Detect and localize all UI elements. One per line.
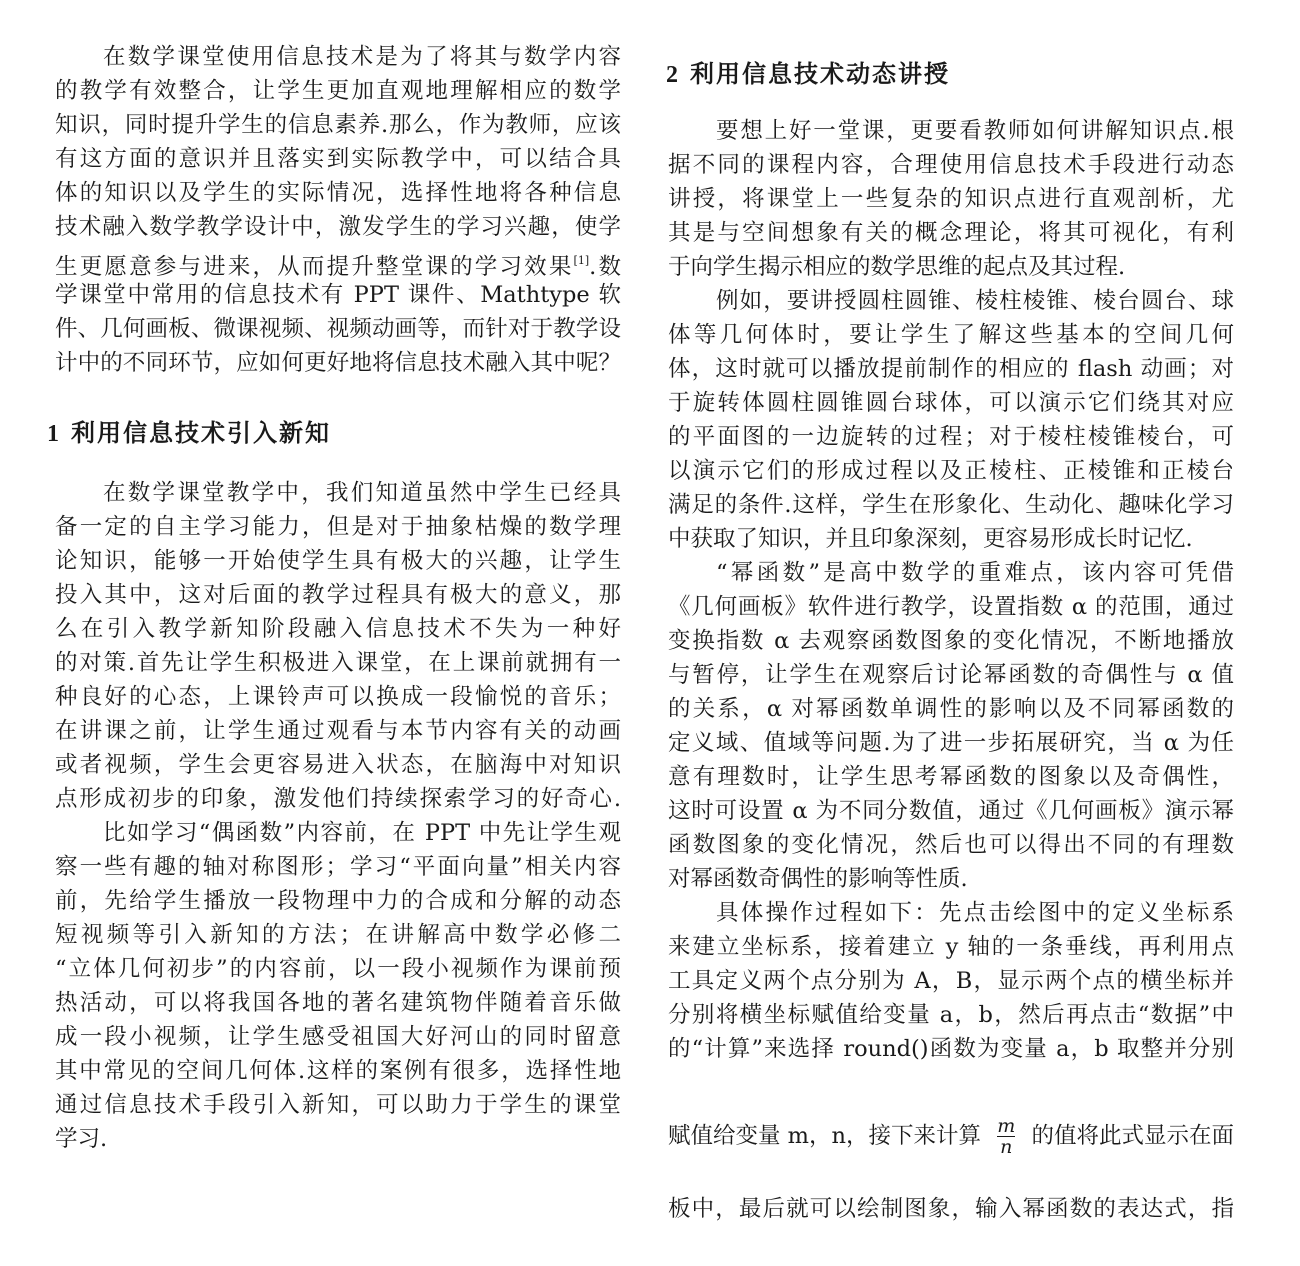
section-1-para-1-line: 种良好的心态，上课铃声可以换成一段愉悦的音乐； [55, 682, 621, 712]
section-1-para-1-line: 备一定的自主学习能力，但是对于抽象枯燥的数学理 [55, 512, 621, 542]
section-1-para-1-line: 的对策.首先让学生积极进入课堂，在上课前就拥有一 [55, 648, 621, 678]
section-1-title: 利用信息技术引入新知 [71, 419, 331, 447]
section-2-para-4-line: 来建立坐标系，接着建立 y 轴的一条垂线，再利用点 [668, 932, 1234, 962]
section-2-para-1-line: 据不同的课程内容，合理使用信息技术手段进行动态 [668, 150, 1234, 180]
intro-line: 有这方面的意识并且落实到实际教学中，可以结合具 [55, 144, 621, 174]
section-2-para-3-line: 这时可设置 α 为不同分数值，通过《几何画板》演示幂 [668, 796, 1234, 826]
intro-line-with-citation: 生更愿意参与进来，从而提升整堂课的学习效果[1].数 [55, 246, 621, 276]
citation-marker[interactable]: [1] [574, 254, 590, 267]
section-1-para-2-line: 学习. [55, 1124, 621, 1154]
section-2-para-2-line: 满足的条件.这样，学生在形象化、生动化、趣味化学习 [668, 490, 1234, 520]
section-1-para-1-line: 论知识，能够一开始使学生具有极大的兴趣，让学生 [55, 546, 621, 576]
intro-line: 技术融入数学教学设计中，激发学生的学习兴趣，使学 [55, 212, 621, 242]
section-2-para-1-line: 讲授，将课堂上一些复杂的知识点进行直观剖析，尤 [668, 184, 1234, 214]
section-2-para-4-line: 具体操作过程如下：先点击绘图中的定义坐标系 [668, 898, 1234, 928]
section-1-para-2-line: 短视频等引入新知的方法；在讲解高中数学必修二 [55, 920, 621, 950]
fraction-line: 赋值给变量 m，n，接下来计算 m n 的值将此式显示在面 [668, 1114, 1234, 1158]
intro-line: 体的知识以及学生的实际情况，选择性地将各种信息 [55, 178, 621, 208]
section-2-para-4-line: 的“计算”来选择 round()函数为变量 a，b 取整并分别 [668, 1034, 1234, 1064]
section-2-para-3-line: 对幂函数奇偶性的影响等性质. [668, 864, 1234, 894]
section-2-para-2-line: 例如，要讲授圆柱圆锥、棱柱棱锥、棱台圆台、球 [668, 286, 1234, 316]
section-2-para-2-line: 中获取了知识，并且印象深刻，更容易形成长时记忆. [668, 524, 1234, 554]
section-2-para-3-line: “幂函数”是高中数学的重难点，该内容可凭借 [668, 558, 1234, 588]
section-2-last-line: 板中，最后就可以绘制图象，输入幂函数的表达式，指 [668, 1194, 1234, 1224]
intro-line: 计中的不同环节，应如何更好地将信息技术融入其中呢？ [55, 348, 621, 378]
section-1-para-1-line: 在讲课之前，让学生通过观看与本节内容有关的动画 [55, 716, 621, 746]
section-2-para-1-line: 其是与空间想象有关的概念理论，将其可视化，有利 [668, 218, 1234, 248]
section-2-para-1-line: 于向学生揭示相应的数学思维的起点及其过程. [668, 252, 1234, 282]
section-2-para-4-line: 分别将横坐标赋值给变量 a，b，然后再点击“数据”中 [668, 1000, 1234, 1030]
section-2-para-2-line: 体，这时就可以播放提前制作的相应的 flash 动画；对 [668, 354, 1234, 384]
section-2-title: 利用信息技术动态讲授 [690, 60, 950, 88]
section-1-para-2-line: 前，先给学生播放一段物理中力的合成和分解的动态 [55, 886, 621, 916]
section-1-para-1-line: 投入其中，这对后面的教学过程具有极大的意义，那 [55, 580, 621, 610]
section-1-para-2-line: 比如学习“偶函数”内容前，在 PPT 中先让学生观 [55, 818, 621, 848]
section-2-para-3-line: 定义域、值域等问题.为了进一步拓展研究，当 α 为任 [668, 728, 1234, 758]
fraction-line-after: 的值将此式显示在面 [1031, 1121, 1234, 1151]
section-1-para-1-line: 么在引入教学新知阶段融入信息技术不失为一种好 [55, 614, 621, 644]
section-1-para-2-line: 察一些有趣的轴对称图形；学习“平面向量”相关内容 [55, 852, 621, 882]
intro-line-text: 生更愿意参与进来，从而提升整堂课的学习效果 [55, 254, 574, 280]
fraction-line-before: 赋值给变量 m，n，接下来计算 [668, 1121, 981, 1151]
section-2-para-3-line: 意有理数时，让学生思考幂函数的图象以及奇偶性， [668, 762, 1234, 792]
intro-line: 的教学有效整合，让学生更加直观地理解相应的数学 [55, 76, 621, 106]
fraction-m-over-n: m n [997, 1116, 1015, 1157]
section-1-para-2-line: “立体几何初步”的内容前，以一段小视频作为课前预 [55, 954, 621, 984]
section-1-number: 1 [47, 421, 61, 447]
section-1-para-1-line: 点形成初步的印象，激发他们持续探索学习的好奇心. [55, 784, 621, 814]
intro-line: 在数学课堂使用信息技术是为了将其与数学内容 [55, 42, 621, 72]
section-1-para-2-line: 热活动，可以将我国各地的著名建筑物伴随着音乐做 [55, 988, 621, 1018]
section-2-para-2-line: 体等几何体时，要让学生了解这些基本的空间几何 [668, 320, 1234, 350]
fraction-numerator: m [997, 1116, 1015, 1136]
section-2-para-2-line: 以演示它们的形成过程以及正棱柱、正棱锥和正棱台 [668, 456, 1234, 486]
section-2-para-3-line: 的关系，α 对幂函数单调性的影响以及不同幂函数的 [668, 694, 1234, 724]
intro-line-tail: .数 [589, 254, 621, 280]
section-1-para-2-line: 成一段小视频，让学生感受祖国大好河山的同时留意 [55, 1022, 621, 1052]
intro-line: 学课堂中常用的信息技术有 PPT 课件、Mathtype 软 [55, 280, 621, 310]
intro-line: 件、几何画板、微课视频、视频动画等，而针对于教学设 [55, 314, 621, 344]
section-1-para-2-line: 其中常见的空间几何体.这样的案例有很多，选择性地 [55, 1056, 621, 1086]
section-2-para-3-line: 与暂停，让学生在观察后讨论幂函数的奇偶性与 α 值 [668, 660, 1234, 690]
section-2-number: 2 [666, 62, 680, 88]
section-1-heading: 1利用信息技术引入新知 [47, 417, 331, 450]
section-2-para-3-line: 变换指数 α 去观察函数图象的变化情况，不断地播放 [668, 626, 1234, 656]
section-2-para-3-line: 函数图象的变化情况，然后也可以得出不同的有理数 [668, 830, 1234, 860]
section-1-para-1-line: 在数学课堂教学中，我们知道虽然中学生已经具 [55, 478, 621, 508]
section-2-heading: 2利用信息技术动态讲授 [666, 58, 950, 91]
section-1-para-2-line: 通过信息技术手段引入新知，可以助力于学生的课堂 [55, 1090, 621, 1120]
section-1-para-1-line: 或者视频，学生会更容易进入状态，在脑海中对知识 [55, 750, 621, 780]
section-2-para-1-line: 要想上好一堂课，更要看教师如何讲解知识点.根 [668, 116, 1234, 146]
intro-line: 知识，同时提升学生的信息素养.那么，作为教师，应该 [55, 110, 621, 140]
fraction-denominator: n [1000, 1137, 1012, 1157]
section-2-para-3-line: 《几何画板》软件进行教学，设置指数 α 的范围，通过 [668, 592, 1234, 622]
section-2-para-2-line: 的平面图的一边旋转的过程；对于棱柱棱锥棱台，可 [668, 422, 1234, 452]
section-2-para-4-line: 工具定义两个点分别为 A，B，显示两个点的横坐标并 [668, 966, 1234, 996]
section-2-para-2-line: 于旋转体圆柱圆锥圆台球体，可以演示它们绕其对应 [668, 388, 1234, 418]
